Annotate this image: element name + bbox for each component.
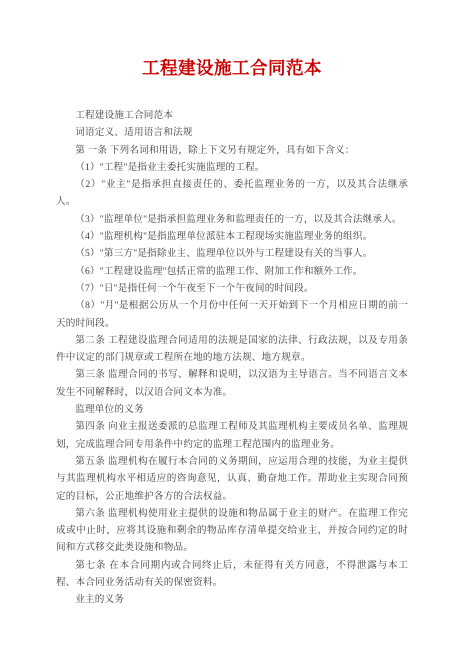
paragraph: 监理单位的义务 [56,401,408,418]
paragraph: （6）"工程建设监理"包括正常的监理工作、附加工作和额外工作。 [56,263,408,280]
document-title: 工程建设施工合同范本 [56,55,408,81]
paragraph: （8）"月"是根据公历从一个月份中任何一天开始到下一个月相应日期的前一天的时间段… [56,297,408,332]
paragraph: 第三条 监理合同的书写、解释和说明，以汉语为主导语言。当不同语言文本发生不同解释… [56,366,408,401]
paragraph: 第四条 向业主报送委派的总监理工程师及其监理机构主要成员名单、监理规划，完成监理… [56,418,408,453]
paragraph: 工程建设施工合同范本 [56,107,408,124]
paragraph: （3）"监理单位"是指承担监理业务和监理责任的一方，以及其合法继承人。 [56,211,408,228]
paragraph: （7）"日"是指任何一个午夜至下一个午夜间的时间段。 [56,280,408,297]
paragraph: 第 一条 下列名词和用语，除上下文另有规定外，具有如下含义： [56,142,408,159]
paragraph: 业主的义务 [56,591,408,608]
document-page: 工程建设施工合同范本 工程建设施工合同范本词语定义、适用语言和法规第 一条 下列… [0,0,463,655]
paragraph: 第七条 在本合同期内或合同终止后，未征得有关方同意，不得泄露与本工程、本合同业务… [56,557,408,592]
paragraph: 词语定义、适用语言和法规 [56,124,408,141]
paragraph: 第二条 工程建设监理合同适用的法规是国家的法律、行政法规，以及专用条件中议定的部… [56,332,408,367]
paragraph: （5）"第三方"是指除业主、监理单位以外与工程建设有关的当事人。 [56,245,408,262]
paragraph: 第六条 监理机构使用业主提供的设施和物品属于业主的财产。在监理工作完成或中止时，… [56,505,408,557]
paragraph: （2）"业主"是指承担直接责任的、委托监理业务的一方，以及其合法继承人。 [56,176,408,211]
document-body: 工程建设施工合同范本词语定义、适用语言和法规第 一条 下列名词和用语，除上下文另… [56,107,408,609]
paragraph: （1）"工程"是指业主委托实施监理的工程。 [56,159,408,176]
paragraph: 第五条 监理机构在履行本合同的义务期间，应运用合理的技能，为业主提供与其监理机构… [56,453,408,505]
paragraph: （4）"监理机构"是指监理单位派驻本工程现场实施监理业务的组织。 [56,228,408,245]
